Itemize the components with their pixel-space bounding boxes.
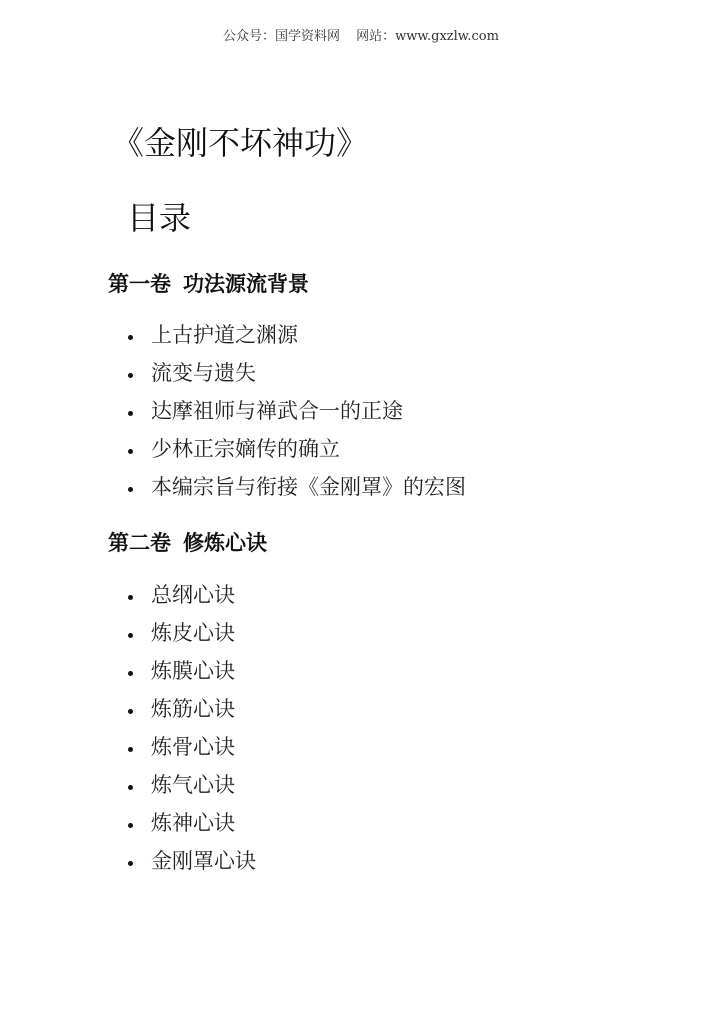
page-header: 公众号：国学资料网 网站：www.gxzlw.com: [0, 25, 722, 44]
toc-item-label: 金刚罩心诀: [151, 842, 256, 880]
toc-item-label: 炼气心诀: [151, 766, 235, 804]
toc-item[interactable]: 炼皮心诀: [128, 614, 256, 652]
toc-item[interactable]: 炼骨心诀: [128, 728, 256, 766]
volume-name: 功法源流背景: [183, 272, 309, 296]
bullet-icon: [128, 449, 133, 454]
toc-item-label: 炼皮心诀: [151, 614, 235, 652]
toc-item[interactable]: 上古护道之渊源: [128, 316, 466, 354]
toc-item-label: 炼神心诀: [151, 804, 235, 842]
bullet-icon: [128, 861, 133, 866]
toc-item-label: 炼骨心诀: [151, 728, 235, 766]
bullet-icon: [128, 487, 133, 492]
bullet-icon: [128, 747, 133, 752]
toc-item-label: 炼筋心诀: [151, 690, 235, 728]
website-text: 网站：www.gxzlw.com: [356, 29, 499, 44]
volume-1-list: 上古护道之渊源 流变与遗失 达摩祖师与禅武合一的正途 少林正宗嫡传的确立 本编宗…: [128, 316, 466, 506]
document-title: 《金刚不坏神功》: [112, 118, 368, 164]
toc-item-label: 上古护道之渊源: [151, 316, 298, 354]
volume-1-heading: 第一卷功法源流背景: [108, 268, 309, 298]
bullet-icon: [128, 671, 133, 676]
bullet-icon: [128, 709, 133, 714]
toc-item[interactable]: 本编宗旨与衔接《金刚罩》的宏图: [128, 468, 466, 506]
wechat-account-text: 公众号：国学资料网: [223, 29, 340, 44]
bullet-icon: [128, 335, 133, 340]
toc-item-label: 达摩祖师与禅武合一的正途: [151, 392, 403, 430]
bullet-icon: [128, 373, 133, 378]
toc-item[interactable]: 流变与遗失: [128, 354, 466, 392]
bullet-icon: [128, 823, 133, 828]
volume-number: 第二卷: [108, 531, 171, 555]
toc-item-label: 总纲心诀: [151, 576, 235, 614]
toc-item[interactable]: 炼筋心诀: [128, 690, 256, 728]
toc-item[interactable]: 炼膜心诀: [128, 652, 256, 690]
volume-number: 第一卷: [108, 272, 171, 296]
toc-item[interactable]: 达摩祖师与禅武合一的正途: [128, 392, 466, 430]
toc-item-label: 本编宗旨与衔接《金刚罩》的宏图: [151, 468, 466, 506]
bullet-icon: [128, 595, 133, 600]
volume-2-heading: 第二卷修炼心诀: [108, 527, 267, 557]
toc-item[interactable]: 总纲心诀: [128, 576, 256, 614]
toc-item-label: 炼膜心诀: [151, 652, 235, 690]
volume-name: 修炼心诀: [183, 531, 267, 555]
toc-item-label: 少林正宗嫡传的确立: [151, 430, 340, 468]
toc-item[interactable]: 炼神心诀: [128, 804, 256, 842]
toc-item[interactable]: 金刚罩心诀: [128, 842, 256, 880]
bullet-icon: [128, 633, 133, 638]
toc-title: 目录: [127, 193, 191, 239]
toc-item-label: 流变与遗失: [151, 354, 256, 392]
bullet-icon: [128, 411, 133, 416]
bullet-icon: [128, 785, 133, 790]
toc-item[interactable]: 少林正宗嫡传的确立: [128, 430, 466, 468]
toc-item[interactable]: 炼气心诀: [128, 766, 256, 804]
volume-2-list: 总纲心诀 炼皮心诀 炼膜心诀 炼筋心诀 炼骨心诀 炼气心诀 炼神心诀 金刚罩心诀: [128, 576, 256, 880]
